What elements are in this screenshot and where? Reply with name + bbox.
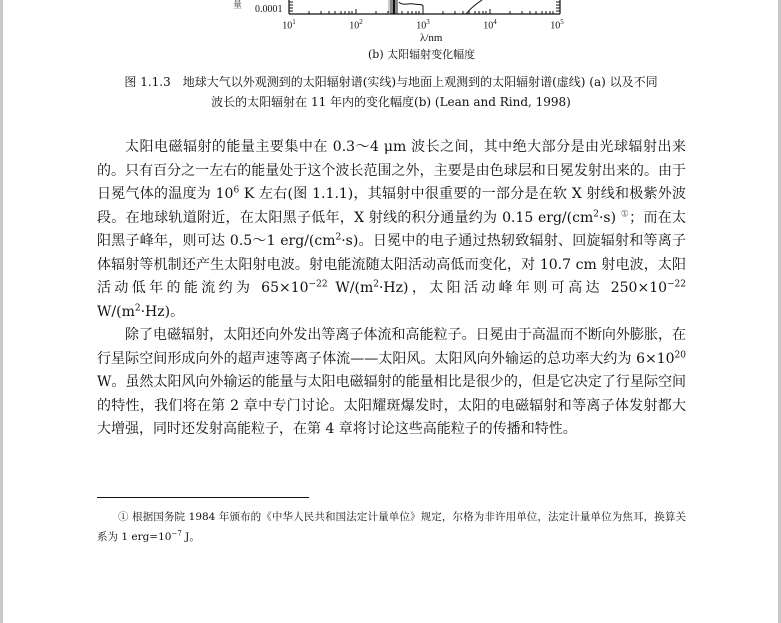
x-tick-label: 104 xyxy=(483,18,497,31)
x-tick-label: 101 xyxy=(282,18,296,31)
figure-caption-line-2: 波长的太阳辐射在 11 年内的变化幅度(b) (Lean and Rind, 1… xyxy=(96,92,686,112)
page-edge-left xyxy=(0,0,3,623)
y-axis-label-fragment: (量 xyxy=(230,0,243,9)
figure-caption-line-1: 图 1.1.3 地球大气以外观测到的太阳辐射谱(实线)与地面上观测到的太阳辐射谱… xyxy=(96,72,686,92)
x-tick-label: 103 xyxy=(416,18,430,31)
footnote-reference-link[interactable]: ① xyxy=(621,209,629,219)
figure-subcaption: (b) 太阳辐射变化幅度 xyxy=(368,46,475,62)
footnote-divider xyxy=(97,497,309,498)
x-tick-label: 105 xyxy=(550,18,564,31)
paragraph-electromagnetic-radiation: 太阳电磁辐射的能量主要集中在 0.3～4 μm 波长之间，其中绝大部分是由光球辐… xyxy=(97,136,686,324)
footnote-text: ① 根据国务院 1984 年颁布的《中华人民共和国法定计量单位》规定，尔格为非许… xyxy=(97,507,686,547)
figure-caption: 图 1.1.3 地球大气以外观测到的太阳辐射谱(实线)与地面上观测到的太阳辐射谱… xyxy=(96,72,686,112)
x-axis-label: λ/nm xyxy=(420,32,442,44)
y-tick-label: 0.0001 xyxy=(255,4,283,15)
body-text: 太阳电磁辐射的能量主要集中在 0.3～4 μm 波长之间，其中绝大部分是由光球辐… xyxy=(97,136,686,442)
footnote: ① 根据国务院 1984 年颁布的《中华人民共和国法定计量单位》规定，尔格为非许… xyxy=(97,507,686,547)
x-tick-label: 102 xyxy=(349,18,363,31)
figure-chart-fragment: (量 0.0001 101 102 103 104 105 λ/nm (b) 太… xyxy=(230,0,590,64)
paragraph-solar-wind: 除了电磁辐射，太阳还向外发出等离子体流和高能粒子。日冕由于高温而不断向外膨胀，在… xyxy=(97,324,686,442)
